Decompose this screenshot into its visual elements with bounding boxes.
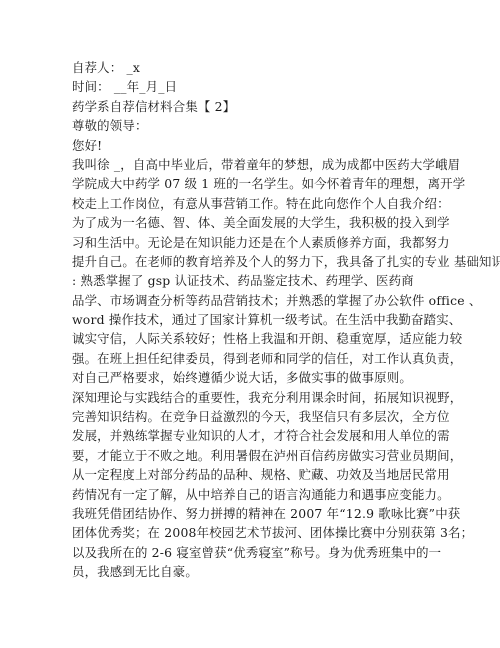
body-line: 强。在班上担任纪律委员，得到老师和同学的信任，对工作认真负责， <box>72 349 492 368</box>
body-line: 为了成为一名德、智、体、美全面发展的大学生，我积极的投入到学 <box>72 213 492 232</box>
body-line: 校走上工作岗位，有意从事营销工作。特在此向您作个人自我介绍： <box>72 194 492 213</box>
body-line: 团体优秀奖；在 2008年校园艺术节拔河、团体操比赛中分别获第 3名； <box>72 523 492 542</box>
body-line: 深知理论与实践结合的重要性，我充分利用课余时间，拓展知识视野， <box>72 388 492 407</box>
body-line: 学院成大中药学 07 级 1 班的一名学生。如今怀着青年的理想，离开学 <box>72 174 492 193</box>
body-line: 提升自己。在老师的教育培养及个人的努力下，我具备了扎实的专业 基础知识 <box>72 252 492 271</box>
body-line: 品学、市场调查分析等药品营销技术；并熟悉的掌握了办公软件 office 、 <box>72 291 492 310</box>
body-line: 药情况有一定了解，从中培养自己的语言沟通能力和遇事应变能力。 <box>72 485 492 504</box>
date-line: 时间： __年_月_日 <box>72 77 492 96</box>
body-line: 我叫徐 _，自高中毕业后，带着童年的梦想，成为成都中医药大学峨眉 <box>72 155 492 174</box>
body-line: 要，才能立于不败之地。利用暑假在泸州百信药房做实习营业员期间， <box>72 446 492 465</box>
body-line: : 熟悉掌握了 gsp 认证技术、药品鉴定技术、药理学、医药商 <box>72 271 492 290</box>
body-line: 我班凭借团结协作、努力拼搏的精神在 2007 年“12.9 歌咏比赛”中获 <box>72 504 492 523</box>
document-title: 药学系自荐信材料合集【 2】 <box>72 97 492 116</box>
document-page: 自荐人： _x 时间： __年_月_日 药学系自荐信材料合集【 2】 尊敬的领导… <box>72 58 492 582</box>
body-line: 完善知识结构。在竞争日益激烈的今天，我坚信只有多层次，全方位 <box>72 407 492 426</box>
body-line: 对自己严格要求，始终遵循少说大话，多做实事的做事原则。 <box>72 368 492 387</box>
body-line: 员，我感到无比自豪。 <box>72 562 492 581</box>
body-line: 诚实守信，人际关系较好；性格上我温和开朗、稳重宽厚，适应能力较 <box>72 329 492 348</box>
body-line: 习和生活中。无论是在知识能力还是在个人素质修养方面，我都努力 <box>72 233 492 252</box>
greeting: 您好! <box>72 136 492 155</box>
recommender-line: 自荐人： _x <box>72 58 492 77</box>
body-line: word 操作技术，通过了国家计算机一级考试。在生活中我勤奋踏实、 <box>72 310 492 329</box>
body-line: 发展，并熟练掌握专业知识的人才，才符合社会发展和用人单位的需 <box>72 426 492 445</box>
body-line: 从一定程度上对部分药品的品种、规格、贮藏、功效及当地居民常用 <box>72 465 492 484</box>
salutation: 尊敬的领导： <box>72 116 492 135</box>
body-line: 以及我所在的 2-6 寝室曾获“优秀寝室”称号。身为优秀班集中的一 <box>72 543 492 562</box>
